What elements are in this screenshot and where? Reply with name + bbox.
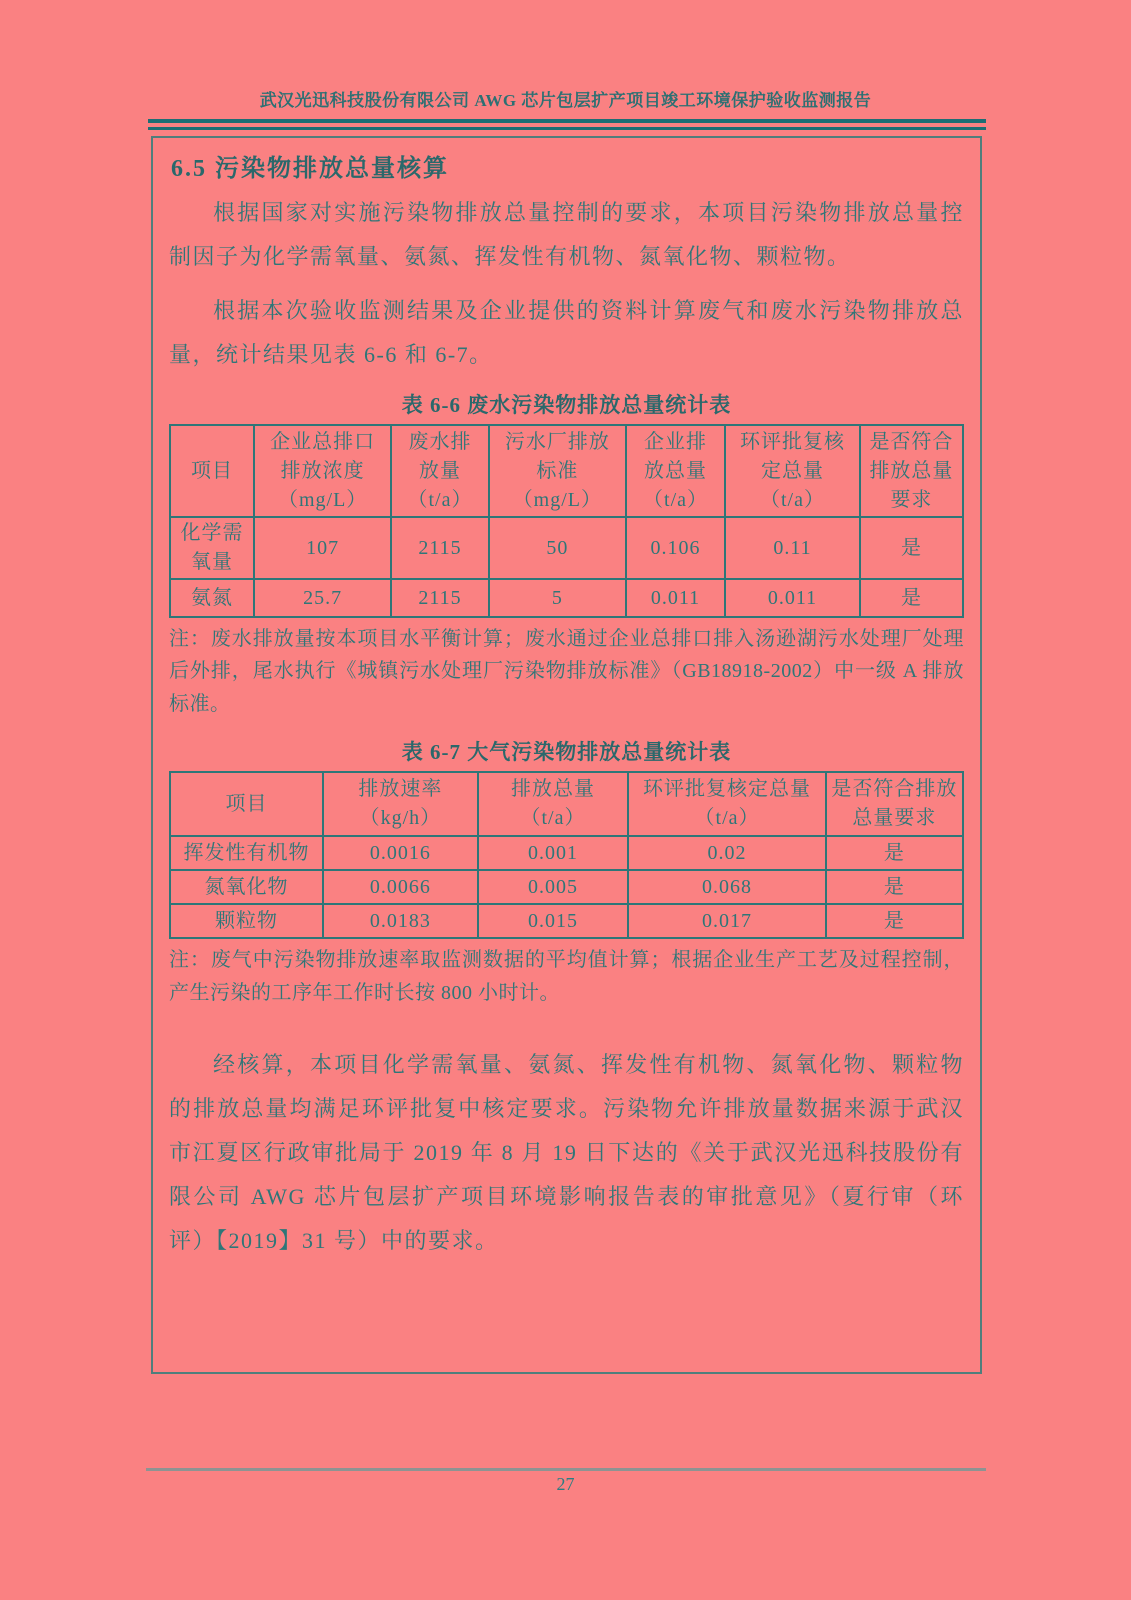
table66-note: 注：废水排放量按本项目水平衡计算；废水通过企业总排口排入汤逊湖污水处理厂处理后外…	[169, 623, 964, 720]
content-frame: 6.5 污染物排放总量核算 根据国家对实施污染物排放总量控制的要求，本项目污染物…	[151, 136, 982, 1374]
table67-note: 注：废气中污染物排放速率取监测数据的平均值计算；根据企业生产工艺及过程控制，产生…	[169, 944, 964, 1009]
paragraph-conclusion: 经核算，本项目化学需氧量、氨氮、挥发性有机物、氮氧化物、颗粒物的排放总量均满足环…	[169, 1043, 964, 1263]
header-cell-emission-total: 排放总量 （t/a）	[478, 772, 629, 836]
table-header-row: 项目 企业总排口 排放浓度 （mg/L） 废水排 放量 （t/a） 污水厂排放 …	[170, 425, 963, 517]
cell-cod-volume: 2115	[391, 517, 489, 579]
cell-nh3-total: 0.011	[626, 579, 725, 617]
cell-voc-label: 挥发性有机物	[170, 836, 323, 870]
cell-voc-approved: 0.02	[628, 836, 825, 870]
table-row-nox: 氮氧化物 0.0066 0.005 0.068 是	[170, 870, 963, 904]
wastewater-total-table: 项目 企业总排口 排放浓度 （mg/L） 废水排 放量 （t/a） 污水厂排放 …	[169, 424, 964, 618]
table-row-ammonia: 氨氮 25.7 2115 5 0.011 0.011 是	[170, 579, 963, 617]
cell-pm-total: 0.015	[478, 904, 629, 938]
header-cell-compliance: 是否符合 排放总量 要求	[860, 425, 963, 517]
cell-voc-total: 0.001	[478, 836, 629, 870]
cell-nox-approved: 0.068	[628, 870, 825, 904]
paragraph-calculation-basis: 根据本次验收监测结果及企业提供的资料计算废气和废水污染物排放总量，统计结果见表 …	[169, 289, 964, 377]
cell-nh3-approved: 0.011	[725, 579, 860, 617]
section-heading: 6.5 污染物排放总量核算	[171, 148, 964, 183]
header-cell-item: 项目	[170, 425, 254, 517]
table-row-particulate: 颗粒物 0.0183 0.015 0.017 是	[170, 904, 963, 938]
cell-cod-label: 化学需 氧量	[170, 517, 254, 579]
cell-pm-rate: 0.0183	[323, 904, 478, 938]
header-cell-outlet-concentration: 企业总排口 排放浓度 （mg/L）	[254, 425, 391, 517]
cell-nh3-standard: 5	[489, 579, 626, 617]
table-row-cod: 化学需 氧量 107 2115 50 0.106 0.11 是	[170, 517, 963, 579]
table67-caption: 表 6-7 大气污染物排放总量统计表	[169, 736, 964, 766]
report-page: 武汉光迅科技股份有限公司 AWG 芯片包层扩产项目竣工环境保护验收监测报告 6.…	[0, 0, 1131, 1600]
header-cell-eia-approved-total: 环评批复核 定总量 （t/a）	[725, 425, 860, 517]
cell-voc-compliance: 是	[826, 836, 963, 870]
header-cell-item: 项目	[170, 772, 323, 836]
cell-pm-compliance: 是	[826, 904, 963, 938]
air-total-table: 项目 排放速率 （kg/h） 排放总量 （t/a） 环评批复核定总量 （t/a）…	[169, 771, 964, 939]
document-header-title: 武汉光迅科技股份有限公司 AWG 芯片包层扩产项目竣工环境保护验收监测报告	[0, 86, 1131, 111]
page-number: 27	[0, 1474, 1131, 1495]
header-cell-emission-rate: 排放速率 （kg/h）	[323, 772, 478, 836]
cell-nh3-volume: 2115	[391, 579, 489, 617]
cell-nox-compliance: 是	[826, 870, 963, 904]
cell-voc-rate: 0.0016	[323, 836, 478, 870]
header-cell-eia-approved-total: 环评批复核定总量 （t/a）	[628, 772, 825, 836]
cell-nox-total: 0.005	[478, 870, 629, 904]
table-row-voc: 挥发性有机物 0.0016 0.001 0.02 是	[170, 836, 963, 870]
cell-nh3-label: 氨氮	[170, 579, 254, 617]
footer-divider-rule	[146, 1468, 986, 1471]
cell-cod-compliance: 是	[860, 517, 963, 579]
header-cell-plant-standard: 污水厂排放 标准 （mg/L）	[489, 425, 626, 517]
cell-nh3-concentration: 25.7	[254, 579, 391, 617]
header-cell-enterprise-total: 企业排 放总量 （t/a）	[626, 425, 725, 517]
cell-nh3-compliance: 是	[860, 579, 963, 617]
cell-cod-concentration: 107	[254, 517, 391, 579]
cell-cod-total: 0.106	[626, 517, 725, 579]
cell-nox-label: 氮氧化物	[170, 870, 323, 904]
paragraph-total-control-factors: 根据国家对实施污染物排放总量控制的要求，本项目污染物排放总量控制因子为化学需氧量…	[169, 191, 964, 279]
cell-pm-label: 颗粒物	[170, 904, 323, 938]
table66-caption: 表 6-6 废水污染物排放总量统计表	[169, 389, 964, 419]
table-header-row: 项目 排放速率 （kg/h） 排放总量 （t/a） 环评批复核定总量 （t/a）…	[170, 772, 963, 836]
cell-cod-approved: 0.11	[725, 517, 860, 579]
cell-cod-standard: 50	[489, 517, 626, 579]
cell-pm-approved: 0.017	[628, 904, 825, 938]
header-divider-rule	[148, 119, 986, 130]
header-cell-wastewater-volume: 废水排 放量 （t/a）	[391, 425, 489, 517]
cell-nox-rate: 0.0066	[323, 870, 478, 904]
header-cell-compliance: 是否符合排放 总量要求	[826, 772, 963, 836]
